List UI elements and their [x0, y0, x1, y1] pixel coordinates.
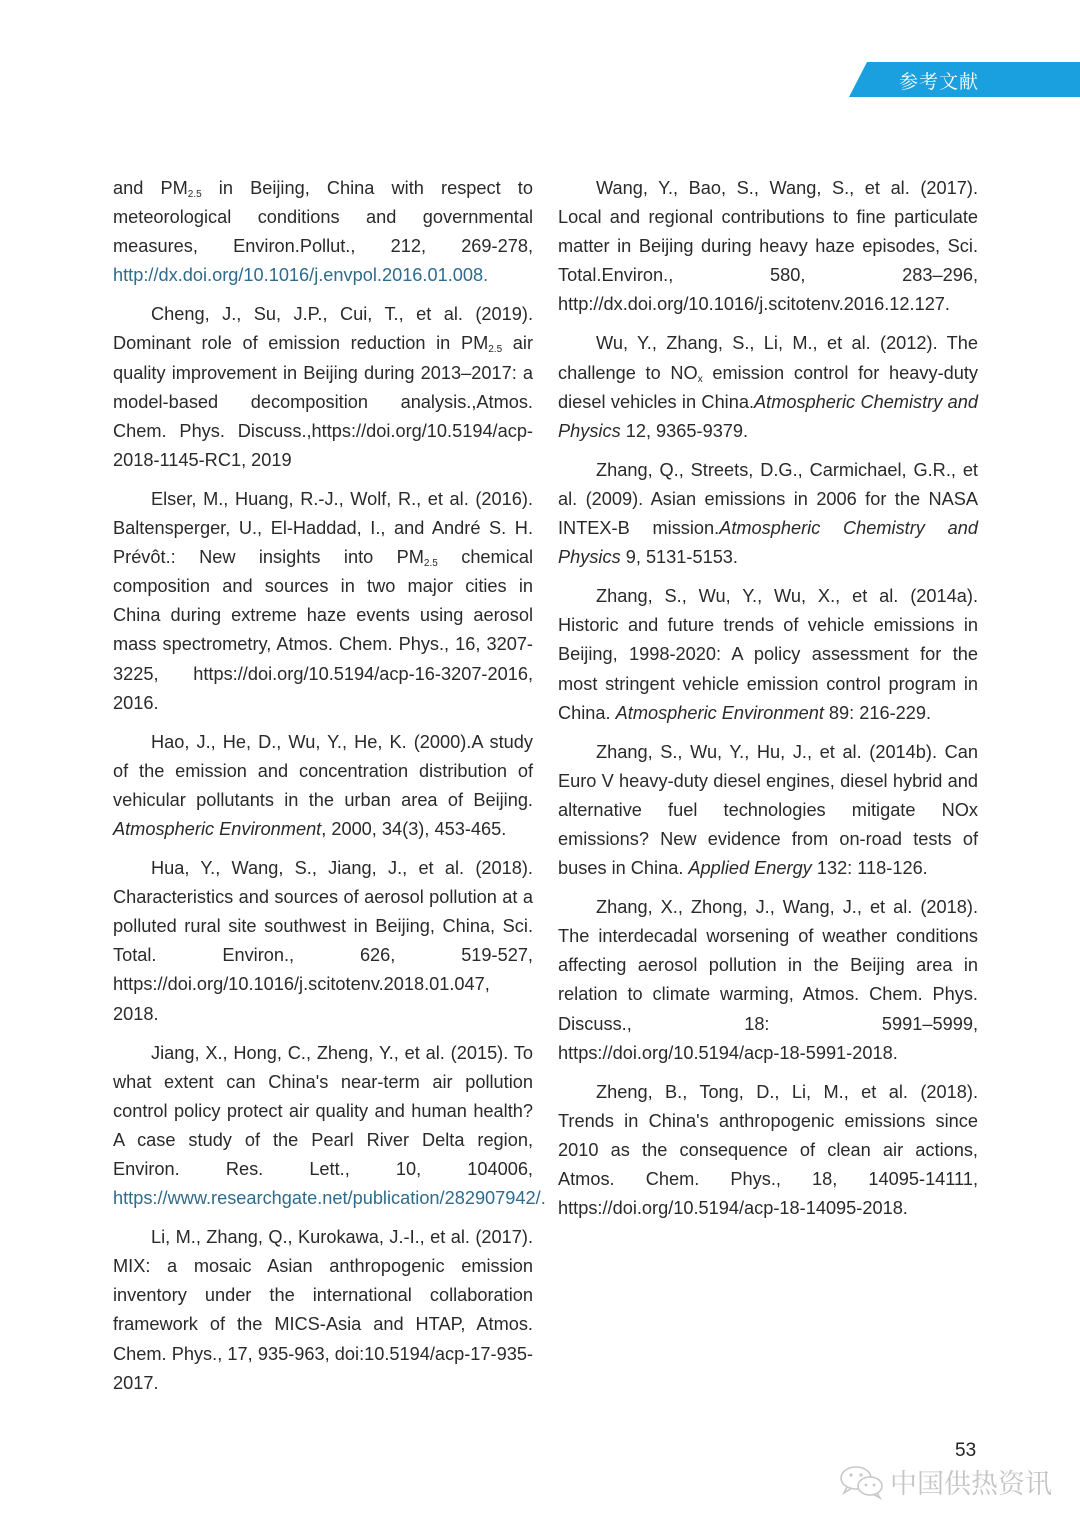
reference-item: Cheng, J., Su, J.P., Cui, T., et al. (20…	[113, 300, 533, 475]
doi-link[interactable]: http://dx.doi.org/10.1016/j.envpol.2016.…	[113, 265, 488, 285]
journal-title: Atmospheric Environment	[616, 703, 824, 723]
journal-title: Applied Energy	[688, 858, 811, 878]
section-header-tab: 参考文献	[849, 62, 1080, 97]
wechat-icon	[838, 1464, 886, 1500]
journal-title: Atmospheric Environment	[113, 819, 321, 839]
section-title: 参考文献	[899, 67, 979, 94]
reference-item: Wang, Y., Bao, S., Wang, S., et al. (201…	[558, 174, 978, 319]
reference-item: Jiang, X., Hong, C., Zheng, Y., et al. (…	[113, 1039, 533, 1214]
page-number: 53	[955, 1440, 976, 1462]
reference-item: Zhang, Q., Streets, D.G., Carmichael, G.…	[558, 456, 978, 572]
reference-item: Elser, M., Huang, R.-J., Wolf, R., et al…	[113, 485, 533, 718]
reference-item: Zheng, B., Tong, D., Li, M., et al. (201…	[558, 1078, 978, 1223]
reference-column-left: and PM2.5 in Beijing, China with respect…	[113, 174, 533, 1408]
reference-item: Hua, Y., Wang, S., Jiang, J., et al. (20…	[113, 854, 533, 1029]
reference-item: and PM2.5 in Beijing, China with respect…	[113, 174, 533, 290]
reference-item: Li, M., Zhang, Q., Kurokawa, J.-I., et a…	[113, 1223, 533, 1398]
reference-item: Hao, J., He, D., Wu, Y., He, K. (2000).A…	[113, 728, 533, 844]
reference-item: Zhang, S., Wu, Y., Hu, J., et al. (2014b…	[558, 738, 978, 883]
watermark: 中国供热资讯	[838, 1462, 1052, 1501]
reference-item: Wu, Y., Zhang, S., Li, M., et al. (2012)…	[558, 329, 978, 445]
researchgate-link[interactable]: https://www.researchgate.net/publication…	[113, 1188, 546, 1208]
reference-item: Zhang, S., Wu, Y., Wu, X., et al. (2014a…	[558, 582, 978, 727]
watermark-text: 中国供热资讯	[890, 1462, 1052, 1501]
reference-column-right: Wang, Y., Bao, S., Wang, S., et al. (201…	[558, 174, 978, 1233]
reference-item: Zhang, X., Zhong, J., Wang, J., et al. (…	[558, 893, 978, 1068]
